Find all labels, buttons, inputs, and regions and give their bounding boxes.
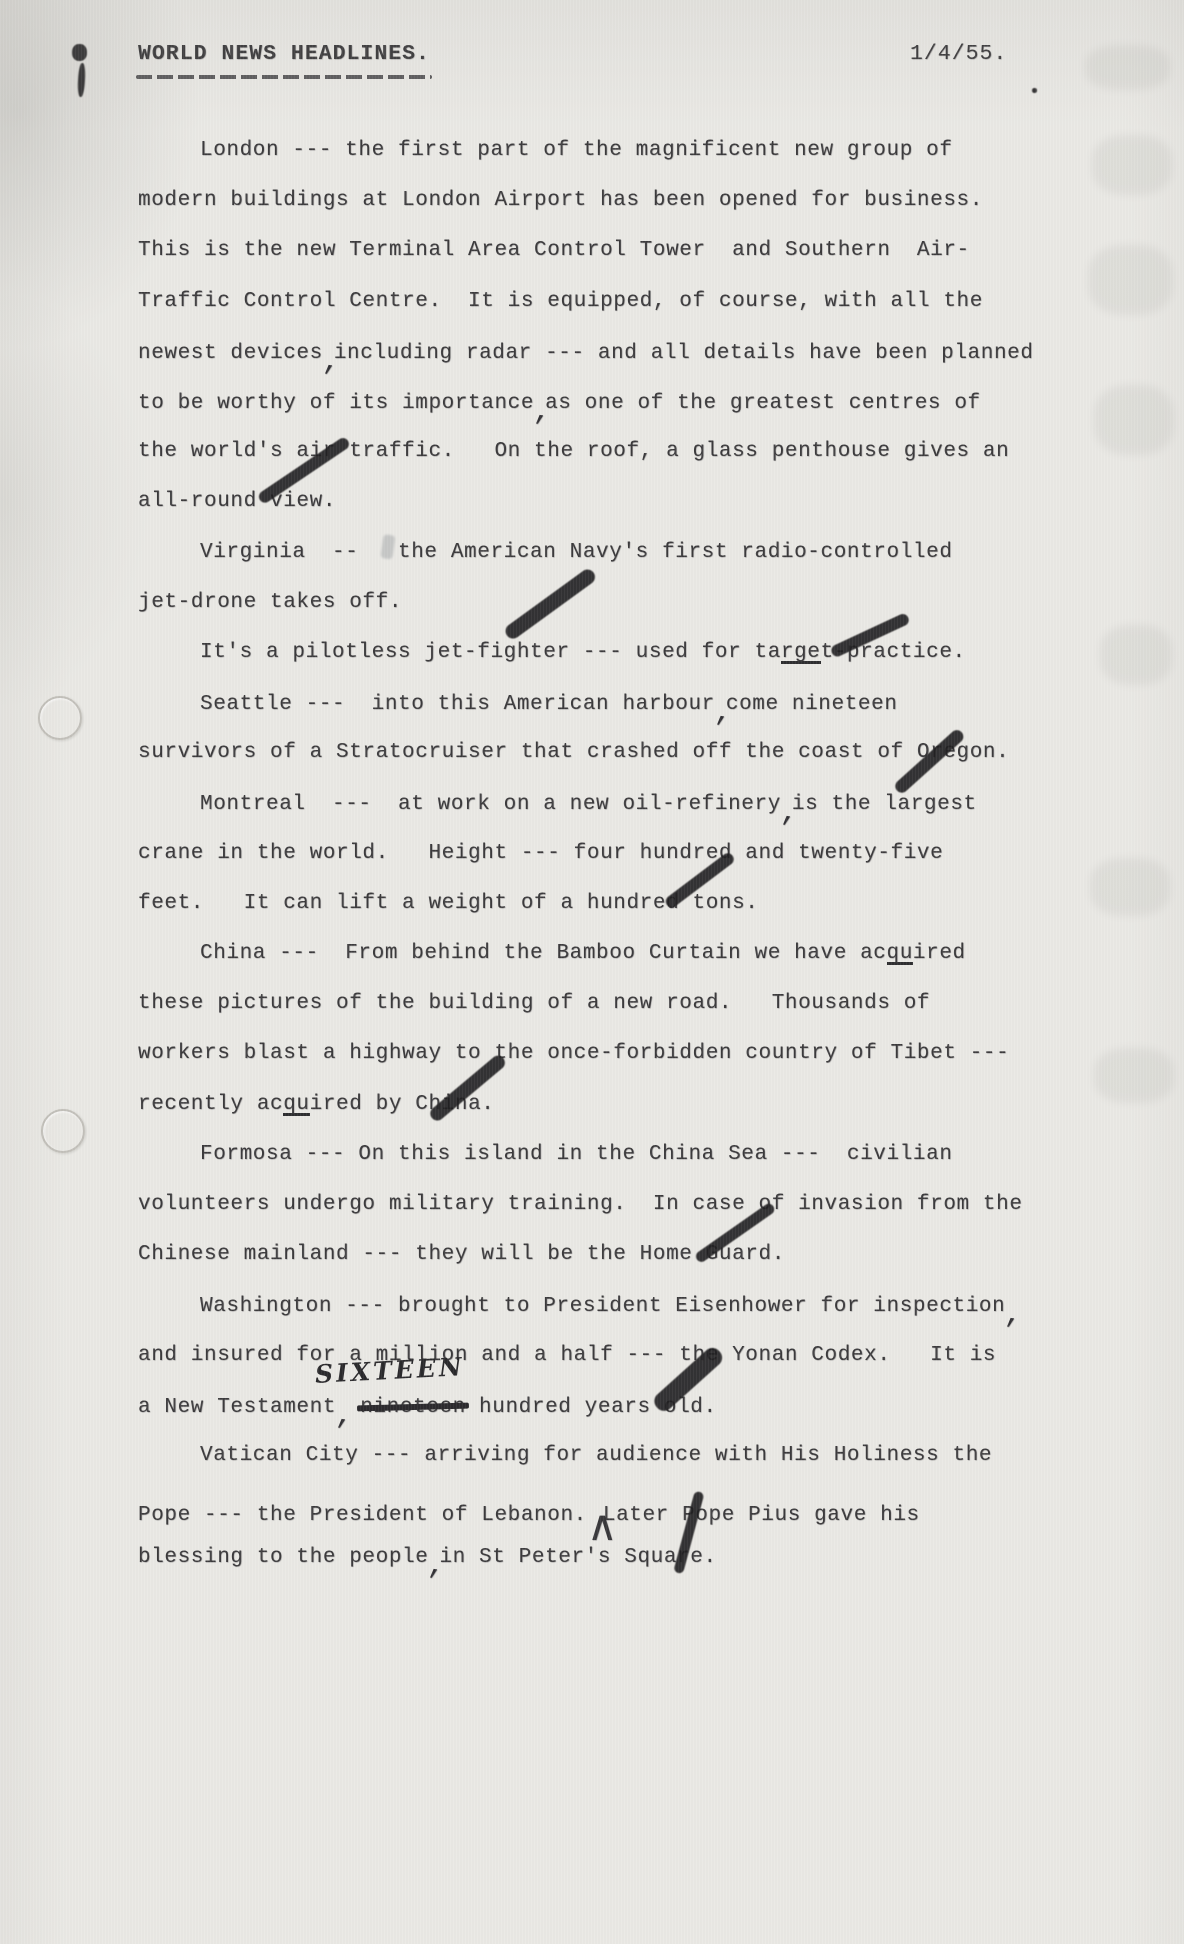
handwritten-correction: SIXTEEN <box>314 1343 466 1401</box>
ink-speck-under-date <box>1032 88 1037 93</box>
typed-text: in St Peter's Square. <box>439 1546 716 1569</box>
typed-text: Traffic Control Centre. It is equipped, … <box>138 290 983 313</box>
typed-line: blessing to the people,in St Peter's Squ… <box>138 1531 1098 1581</box>
typed-line: China --- From behind the Bamboo Curtain… <box>138 929 1098 979</box>
hole-punch-mark-top <box>38 696 82 740</box>
typed-text: modern buildings at London Airport has b… <box>138 189 983 212</box>
typed-line: Traffic Control Centre. It is equipped, … <box>138 277 1098 327</box>
bleed-through-5 <box>1100 625 1172 685</box>
typed-line: feet. It can lift a weight of a hundred … <box>138 879 1098 929</box>
handwritten-caret: ∧ <box>587 1501 603 1551</box>
typed-text: recently ac <box>138 1093 283 1116</box>
document-body: London --- the first part of the magnifi… <box>138 126 1098 1581</box>
typed-text: Vatican City --- arriving for audience w… <box>200 1444 992 1467</box>
document-date: 1/4/55. <box>910 42 1007 66</box>
typed-text: Formosa --- On this island in the China … <box>200 1143 953 1166</box>
typed-line: a New Testament, nineteenSIXTEEN hundred… <box>138 1381 1098 1431</box>
typed-line: This is the new Terminal Area Control To… <box>138 226 1098 276</box>
typed-line: Seattle --- into this American harbour,c… <box>138 678 1098 728</box>
bleed-through-6 <box>1090 858 1170 916</box>
ink-blob-top-margin-dot <box>72 44 87 61</box>
typed-text: feet. It can lift a weight of a hundred … <box>138 892 759 915</box>
typed-text: newest devices <box>138 342 323 365</box>
typed-line: Formosa --- On this island in the China … <box>138 1130 1098 1180</box>
typed-line: recently acquired by China. <box>138 1080 1098 1130</box>
typed-line: to be worthy of its importance,as one of… <box>138 377 1098 427</box>
typed-line: London --- the first part of the magnifi… <box>138 126 1098 176</box>
typed-text: all-round view. <box>138 490 336 513</box>
document-title: WORLD NEWS HEADLINES. <box>138 42 430 66</box>
typed-text: Seattle --- into this American harbour <box>200 693 715 716</box>
typed-line: Washington --- brought to President Eise… <box>138 1280 1098 1330</box>
typed-text: crane in the world. Height --- four hund… <box>138 842 943 865</box>
typed-text: Virginia -- the American Navy's first ra… <box>200 541 953 564</box>
typed-text: ired <box>913 942 966 965</box>
typed-text: Chinese mainland --- they will be the Ho… <box>138 1243 785 1266</box>
typed-text: t-practice. <box>821 641 966 664</box>
hand-underlined-text: rge <box>781 641 821 664</box>
typed-text: Montreal --- at work on a new oil-refine… <box>200 793 781 816</box>
typed-text: Pope --- the President of Lebanon. <box>138 1504 587 1527</box>
hole-punch-mark-bottom <box>41 1109 85 1153</box>
typed-line: It's a pilotless jet-fighter --- used fo… <box>138 628 1098 678</box>
typed-line: and insured for a million and a half ---… <box>138 1331 1098 1381</box>
typed-text: This is the new Terminal Area Control To… <box>138 239 970 262</box>
typed-text: volunteers undergo military training. In… <box>138 1193 1023 1216</box>
typed-line: Virginia -- the American Navy's first ra… <box>138 528 1098 578</box>
typed-text: Later Pope Pius gave his <box>603 1504 920 1527</box>
typed-line: newest devices,including radar --- and a… <box>138 327 1098 377</box>
typed-text: jet-drone takes off. <box>138 591 402 614</box>
typed-text: blessing to the people <box>138 1546 428 1569</box>
hand-underlined-text: qu <box>283 1093 309 1116</box>
typed-line: Vatican City --- arriving for audience w… <box>138 1431 1098 1481</box>
typed-line: volunteers undergo military training. In… <box>138 1180 1098 1230</box>
ink-blob-top-margin-stroke <box>77 63 86 97</box>
typed-text: a New Testament <box>138 1396 336 1419</box>
typed-line: crane in the world. Height --- four hund… <box>138 829 1098 879</box>
scanned-document-page: WORLD NEWS HEADLINES. 1/4/55. London ---… <box>0 0 1184 1944</box>
typed-text: workers blast a highway to the once-forb… <box>138 1042 1009 1065</box>
typed-text: ired by China. <box>310 1093 495 1116</box>
typed-line: Montreal --- at work on a new oil-refine… <box>138 778 1098 828</box>
typed-text: China --- From behind the Bamboo Curtain… <box>200 942 887 965</box>
typed-text: these pictures of the building of a new … <box>138 992 930 1015</box>
typed-line: survivors of a Stratocruiser that crashe… <box>138 728 1098 778</box>
bleed-through-3 <box>1088 245 1173 315</box>
bleed-through-1 <box>1085 45 1170 90</box>
typed-line: Chinese mainland --- they will be the Ho… <box>138 1230 1098 1280</box>
title-underline <box>136 75 432 79</box>
typed-line: all-round view. <box>138 477 1098 527</box>
bleed-through-4 <box>1094 385 1174 455</box>
bleed-through-2 <box>1092 135 1172 195</box>
typed-text: including radar --- and all details have… <box>334 342 1034 365</box>
typed-text: survivors of a Stratocruiser that crashe… <box>138 741 1009 764</box>
struck-out-word: nineteenSIXTEEN <box>360 1396 466 1419</box>
typed-text: and insured for a million and a half ---… <box>138 1344 996 1367</box>
typed-text: hundred years old. <box>466 1396 717 1419</box>
typed-text: London --- the first part of the magnifi… <box>200 139 953 162</box>
typed-text: is the largest <box>792 793 977 816</box>
typed-text: as one of the greatest centres of <box>545 392 981 415</box>
bleed-through-7 <box>1094 1048 1174 1103</box>
typed-line: modern buildings at London Airport has b… <box>138 176 1098 226</box>
hand-underlined-text: qu <box>887 942 913 965</box>
typed-line: the world's air traffic. On the roof, a … <box>138 427 1098 477</box>
typed-text: come nineteen <box>726 693 898 716</box>
typed-line: workers blast a highway to the once-forb… <box>138 1029 1098 1079</box>
typed-text: the world's air traffic. On the roof, a … <box>138 440 1009 463</box>
typed-text: Washington --- brought to President Eise… <box>200 1295 1005 1318</box>
typed-line: Pope --- the President of Lebanon.∧Later… <box>138 1481 1098 1531</box>
typed-line: these pictures of the building of a new … <box>138 979 1098 1029</box>
typed-line: jet-drone takes off. <box>138 578 1098 628</box>
typed-text: It's a pilotless jet-fighter --- used fo… <box>200 641 781 664</box>
typed-text: to be worthy of its importance <box>138 392 534 415</box>
